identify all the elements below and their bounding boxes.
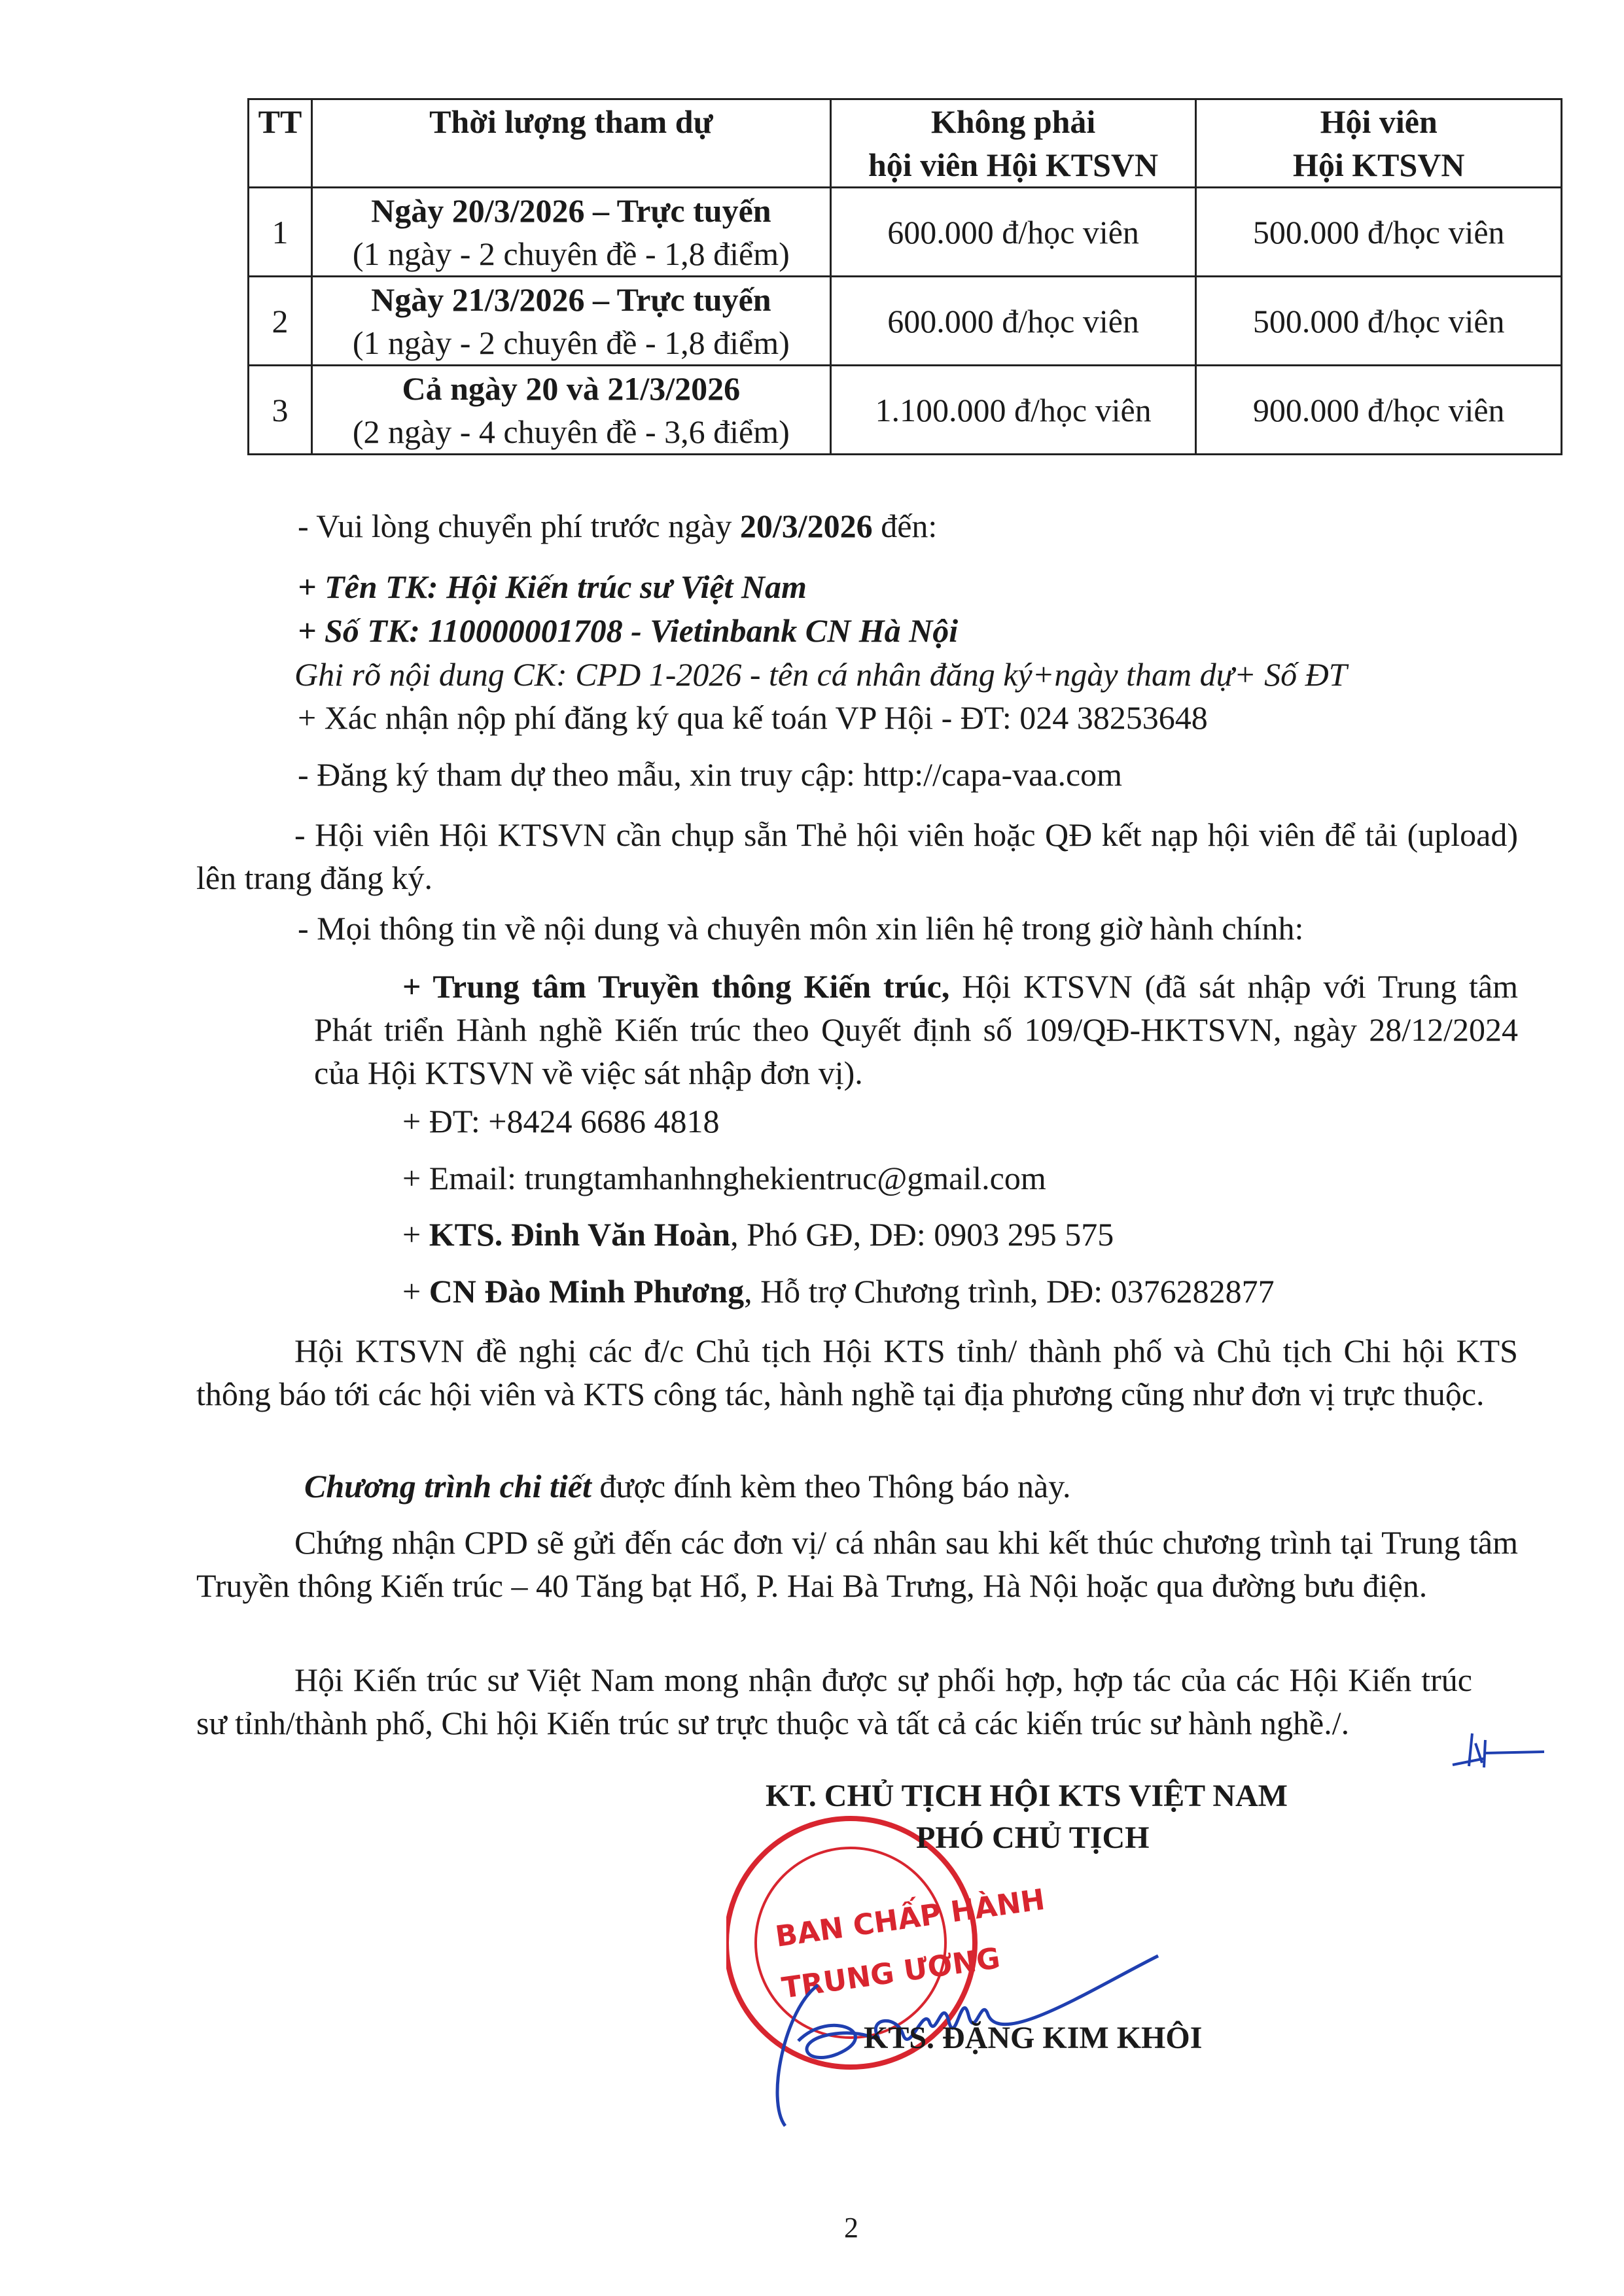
row-duration-title: Ngày 20/3/2026 – Trực tuyến xyxy=(317,189,826,232)
payment-intro: - Vui lòng chuyển phí trước ngày 20/3/20… xyxy=(298,507,937,545)
signature-role: PHÓ CHỦ TỊCH xyxy=(916,1820,1149,1856)
header-duration: Thời lượng tham dự xyxy=(311,99,830,188)
row-duration-title: Ngày 21/3/2026 – Trực tuyến xyxy=(317,278,826,321)
header-non-member: Không phải hội viên Hội KTSVN xyxy=(830,99,1196,188)
row-non-member-fee: 600.000 đ/học viên xyxy=(830,188,1196,277)
contact-phone: + ĐT: +8424 6686 4818 xyxy=(402,1102,719,1140)
row-tt: 2 xyxy=(249,277,312,366)
signature-title: KT. CHỦ TỊCH HỘI KTS VIỆT NAM xyxy=(766,1778,1288,1814)
header-tt: TT xyxy=(249,99,312,188)
row-member-fee: 500.000 đ/học viên xyxy=(1196,277,1562,366)
registration-form-link: - Đăng ký tham dự theo mẫu, xin truy cập… xyxy=(298,756,1122,793)
row-tt: 3 xyxy=(249,366,312,455)
person-2-name: CN Đào Minh Phương xyxy=(429,1273,744,1310)
row-duration-detail: (1 ngày - 2 chuyên đề - 1,8 điểm) xyxy=(317,232,826,275)
stamp-text-line2: TRUNG ƯƠNG xyxy=(780,1941,1002,2005)
stamp-text-line1: BAN CHẤP HÀNH xyxy=(773,1878,1047,1954)
table-row: 3 Cả ngày 20 và 21/3/2026 (2 ngày - 4 ch… xyxy=(249,366,1562,455)
contact-email: + Email: trungtamhanhnghekientruc@gmail.… xyxy=(402,1159,1046,1197)
row-duration: Cả ngày 20 và 21/3/2026 (2 ngày - 4 chuy… xyxy=(311,366,830,455)
row-duration-detail: (1 ngày - 2 chuyên đề - 1,8 điểm) xyxy=(317,321,826,364)
row-member-fee: 900.000 đ/học viên xyxy=(1196,366,1562,455)
transfer-note: Ghi rõ nội dung CK: CPD 1-2026 - tên cá … xyxy=(294,655,1347,693)
payment-confirm: + Xác nhận nộp phí đăng ký qua kế toán V… xyxy=(298,699,1208,737)
contact-center: + Trung tâm Truyền thông Kiến trúc, Hội … xyxy=(314,965,1518,1094)
person-1-name: KTS. Đinh Văn Hoàn xyxy=(429,1216,730,1253)
document-page: TT Thời lượng tham dự Không phải hội viê… xyxy=(0,0,1624,2296)
row-duration-title: Cả ngày 20 và 21/3/2026 xyxy=(317,367,826,410)
fee-table: TT Thời lượng tham dự Không phải hội viê… xyxy=(247,98,1562,455)
row-non-member-fee: 600.000 đ/học viên xyxy=(830,277,1196,366)
account-number: + Số TK: 110000001708 - Vietinbank CN Hà… xyxy=(298,612,958,650)
contact-person-1: + KTS. Đinh Văn Hoàn, Phó GĐ, DĐ: 0903 2… xyxy=(402,1215,1114,1253)
page-number: 2 xyxy=(844,2211,858,2244)
header-member-line1: Hội viên xyxy=(1201,100,1557,143)
signer-name: KTS. ĐẶNG KIM KHÔI xyxy=(864,2020,1202,2056)
row-non-member-fee: 1.100.000 đ/học viên xyxy=(830,366,1196,455)
program-attachment: Chương trình chi tiết được đính kèm theo… xyxy=(304,1467,1070,1505)
member-note: - Hội viên Hội KTSVN cần chụp sẵn Thẻ hộ… xyxy=(196,813,1518,899)
header-member-line2: Hội KTSVN xyxy=(1201,143,1557,186)
header-member: Hội viên Hội KTSVN xyxy=(1196,99,1562,188)
contact-intro: - Mọi thông tin về nội dung và chuyên mô… xyxy=(298,909,1303,947)
row-member-fee: 500.000 đ/học viên xyxy=(1196,188,1562,277)
row-duration-detail: (2 ngày - 4 chuyên đề - 3,6 điểm) xyxy=(317,410,826,453)
payment-deadline: 20/3/2026 xyxy=(740,508,873,544)
closing-request: Hội KTSVN đề nghị các đ/c Chủ tịch Hội K… xyxy=(196,1329,1518,1416)
row-tt: 1 xyxy=(249,188,312,277)
row-duration: Ngày 21/3/2026 – Trực tuyến (1 ngày - 2 … xyxy=(311,277,830,366)
certificate-note: Chứng nhận CPD sẽ gửi đến các đơn vị/ cá… xyxy=(196,1521,1518,1607)
table-row: 1 Ngày 20/3/2026 – Trực tuyến (1 ngày - … xyxy=(249,188,1562,277)
fee-table-header: TT Thời lượng tham dự Không phải hội viê… xyxy=(249,99,1562,188)
initials-mark-icon xyxy=(1446,1727,1551,1773)
contact-person-2: + CN Đào Minh Phương, Hỗ trợ Chương trìn… xyxy=(402,1272,1275,1310)
table-row: 2 Ngày 21/3/2026 – Trực tuyến (1 ngày - … xyxy=(249,277,1562,366)
header-non-member-line1: Không phải xyxy=(836,100,1192,143)
header-non-member-line2: hội viên Hội KTSVN xyxy=(836,143,1192,186)
center-name: Trung tâm Truyền thông Kiến trúc, xyxy=(432,968,949,1005)
account-name: + Tên TK: Hội Kiến trúc sư Việt Nam xyxy=(298,568,807,606)
closing-thanks: Hội Kiến trúc sư Việt Nam mong nhận được… xyxy=(196,1658,1472,1745)
row-duration: Ngày 20/3/2026 – Trực tuyến (1 ngày - 2 … xyxy=(311,188,830,277)
